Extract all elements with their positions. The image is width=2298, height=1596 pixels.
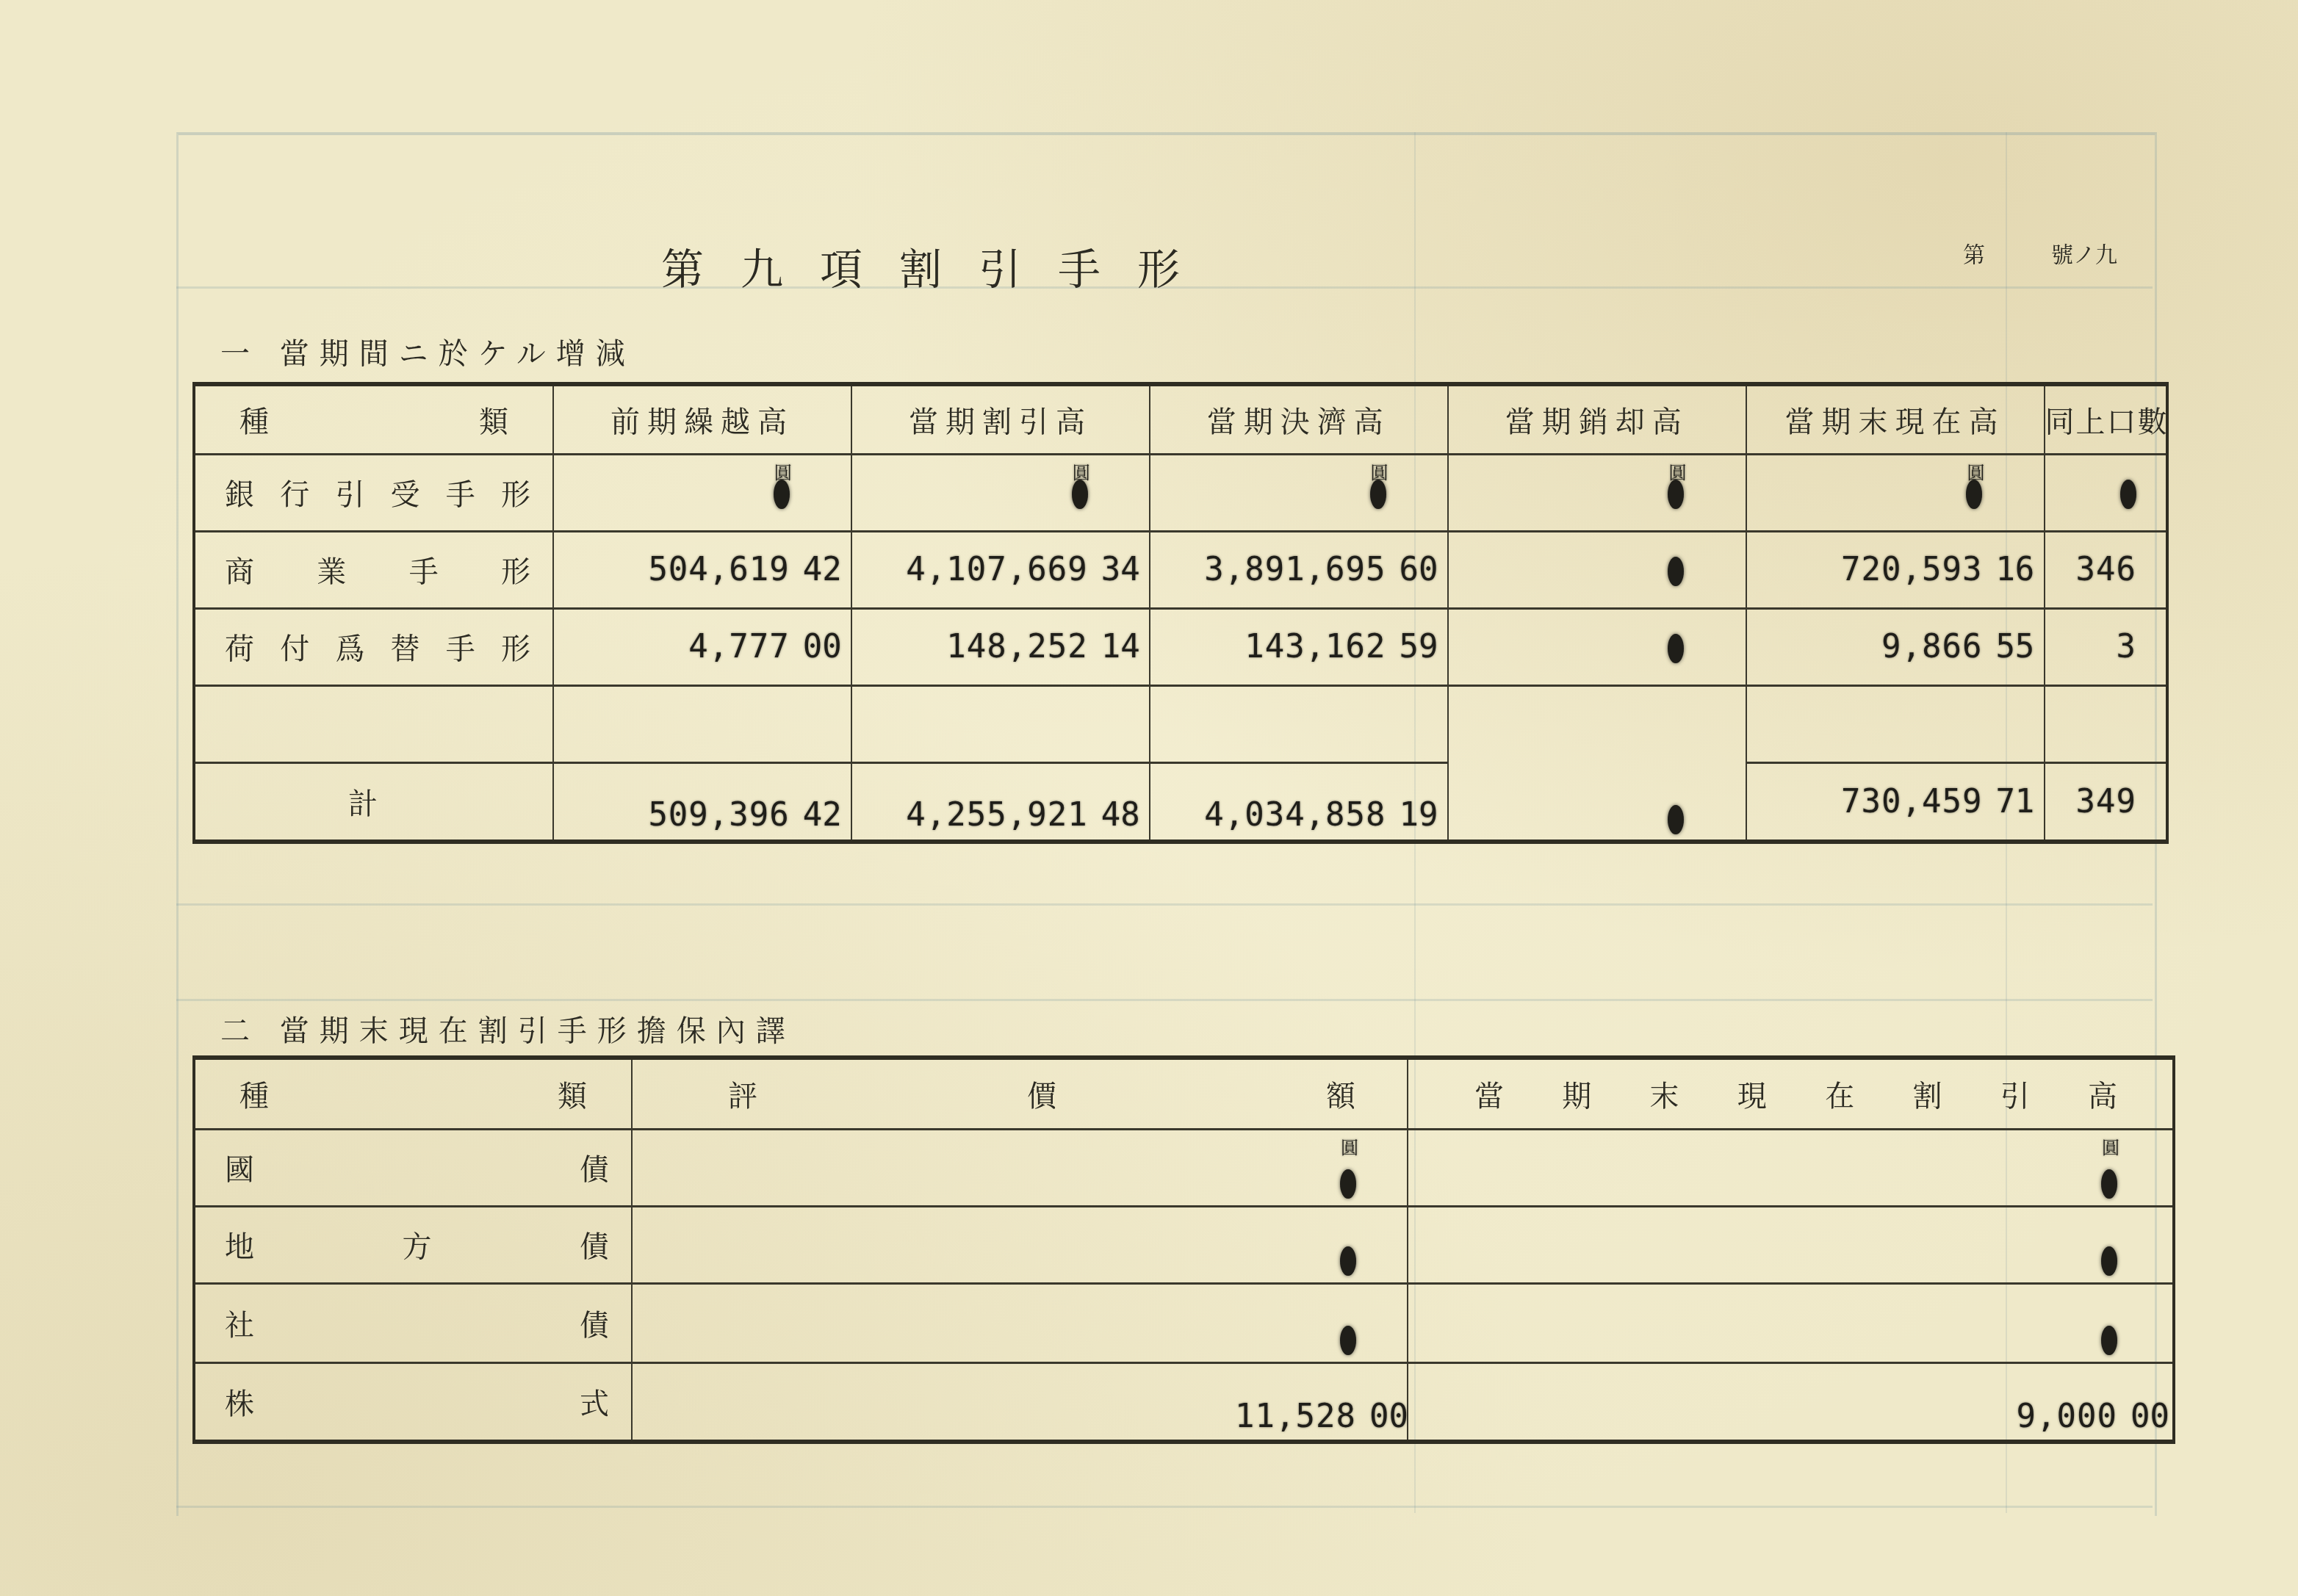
table-header-row: 種類 評價額 當期末現在割引高 xyxy=(194,1058,2174,1129)
total-writeoff-yen xyxy=(1448,762,1695,842)
table-header-row: 種類 前期繰越高 當期割引高 當期決濟高 當期銷却高 當期末現在高 同上口數 xyxy=(194,384,2167,454)
col-header-current-writeoff: 當期銷却高 xyxy=(1448,384,1746,454)
table-row: 國債 圓 圓 xyxy=(194,1129,2174,1206)
zero-mark xyxy=(1340,1169,1356,1199)
page-title: 第九項割引手形 xyxy=(661,235,1217,297)
prev-sen xyxy=(800,685,851,762)
end-yen: 圓 xyxy=(1746,454,1993,531)
col-header-count: 同上口數 xyxy=(2045,384,2167,454)
label-char: 引 xyxy=(2000,1073,2037,1115)
label-char: 國 xyxy=(225,1147,254,1188)
label-char: 當 xyxy=(1474,1073,1511,1115)
label-char: 評 xyxy=(728,1073,765,1115)
zero-mark xyxy=(2120,480,2136,509)
label-char: 現 xyxy=(1737,1073,1774,1115)
label-char: 株 xyxy=(225,1381,254,1423)
disc-sen xyxy=(2128,1129,2174,1206)
label-char: 高 xyxy=(2088,1073,2125,1115)
label-char: 割 xyxy=(1912,1073,1949,1115)
prev-yen: 504,619 xyxy=(553,531,800,608)
table-row-blank xyxy=(194,685,2167,762)
col-header-period-end-discount: 當期末現在割引高 xyxy=(1408,1058,2174,1129)
section2-heading: 二 當期末現在割引手形擔保內譯 xyxy=(220,1008,796,1050)
prev-yen: 圓 xyxy=(553,454,800,531)
label-char: 手 xyxy=(446,472,475,513)
col-header-kind: 種類 xyxy=(194,1058,632,1129)
disc-yen xyxy=(1408,1283,2128,1362)
total-end-yen: 730,459 xyxy=(1746,762,1993,842)
label-char: 形 xyxy=(501,626,530,668)
total-writeoff-sen xyxy=(1694,762,1746,842)
total-disc-sen: 48 xyxy=(1098,762,1150,842)
row-kind: 國債 xyxy=(194,1129,632,1206)
value-sen xyxy=(1366,1206,1408,1283)
label-char: 末 xyxy=(1650,1073,1687,1115)
zero-mark xyxy=(2101,1169,2117,1199)
label-char: 地 xyxy=(225,1224,254,1265)
show-through-line xyxy=(176,903,2153,906)
value-yen: 11,528 xyxy=(632,1362,1366,1442)
table-row: 商業手形 504,619 42 4,107,669 34 3,891,695 6… xyxy=(194,531,2167,608)
settle-sen xyxy=(1397,454,1448,531)
form-number-suffix: 號ノ九 xyxy=(2051,242,2117,268)
value-yen: 圓 xyxy=(632,1129,1366,1206)
zero-mark xyxy=(1668,557,1684,586)
show-through-line xyxy=(176,999,2153,1001)
disc-sen xyxy=(2128,1206,2174,1283)
row-kind: 商業手形 xyxy=(194,531,553,608)
label-char: 債 xyxy=(580,1302,609,1344)
col-header-valuation: 評價額 xyxy=(632,1058,1408,1129)
end-yen xyxy=(1746,685,1993,762)
disc-yen xyxy=(851,685,1098,762)
label-char: 形 xyxy=(501,549,530,591)
label-char: 式 xyxy=(580,1381,609,1423)
prev-sen: 42 xyxy=(800,531,851,608)
total-label: 計 xyxy=(194,762,553,842)
label-char: 受 xyxy=(391,472,420,513)
total-count: 349 xyxy=(2045,762,2167,842)
writeoff-sen xyxy=(1694,454,1746,531)
disc-sen xyxy=(2128,1283,2174,1362)
row-kind: 社債 xyxy=(194,1283,632,1362)
table-row: 地方債 xyxy=(194,1206,2174,1283)
zero-mark xyxy=(1370,480,1386,509)
label-char: 社 xyxy=(225,1302,254,1344)
table-row: 社債 xyxy=(194,1283,2174,1362)
show-through-line xyxy=(176,1506,2153,1508)
label-char: 方 xyxy=(403,1224,432,1265)
zero-mark xyxy=(1668,634,1684,663)
row-kind: 地方債 xyxy=(194,1206,632,1283)
row-kind: 銀行引受手形 xyxy=(194,454,553,531)
count xyxy=(2045,454,2167,531)
col-header-period-end-balance: 當期末現在高 xyxy=(1746,384,2045,454)
settle-sen xyxy=(1397,685,1448,762)
label-char: 荷 xyxy=(225,626,254,668)
label-char: 行 xyxy=(280,472,309,513)
total-end-sen: 71 xyxy=(1992,762,2044,842)
writeoff-sen xyxy=(1694,608,1746,685)
value-yen xyxy=(632,1206,1366,1283)
total-settle-yen: 4,034,858 xyxy=(1150,762,1397,842)
writeoff-yen: 圓 xyxy=(1448,454,1695,531)
col-header-current-settlement: 當期決濟高 xyxy=(1150,384,1448,454)
prev-yen xyxy=(553,685,800,762)
prev-sen xyxy=(800,454,851,531)
value-sen xyxy=(1366,1283,1408,1362)
writeoff-yen xyxy=(1448,531,1695,608)
col-header-previous-carryover: 前期繰越高 xyxy=(553,384,851,454)
collateral-breakdown-table: 種類 評價額 當期末現在割引高 國債 圓 圓 地方債 社債 株式 11,528 … xyxy=(192,1055,2175,1444)
label-char: 債 xyxy=(580,1147,609,1188)
label-char: 手 xyxy=(409,549,439,591)
section1-heading: 一 當期間ニ於ケル增減 xyxy=(220,331,635,372)
zero-mark xyxy=(774,480,790,509)
label-char: 期 xyxy=(1562,1073,1599,1115)
disc-yen: 圓 xyxy=(1408,1129,2128,1206)
table-row: 株式 11,528 00 9,000 00 xyxy=(194,1362,2174,1442)
col-header-kind-2: 類 xyxy=(558,1073,594,1115)
form-number: 第號ノ九 xyxy=(1963,236,2117,269)
disc-sen xyxy=(1098,685,1150,762)
writeoff-yen xyxy=(1448,608,1695,685)
end-sen xyxy=(1992,454,2044,531)
prev-sen: 00 xyxy=(800,608,851,685)
settle-yen: 3,891,695 xyxy=(1150,531,1397,608)
form-number-prefix: 第 xyxy=(1963,242,1985,268)
row-kind: 荷付爲替手形 xyxy=(194,608,553,685)
label-char: 手 xyxy=(446,626,475,668)
label-char: 形 xyxy=(501,472,530,513)
label-char: 引 xyxy=(335,472,364,513)
value-yen xyxy=(632,1283,1366,1362)
disc-yen: 圓 xyxy=(851,454,1098,531)
disc-yen: 148,252 xyxy=(851,608,1098,685)
col-header-kind-2: 類 xyxy=(479,399,516,441)
settle-yen: 143,162 xyxy=(1150,608,1397,685)
label-char: 商 xyxy=(225,549,254,591)
end-sen: 16 xyxy=(1992,531,2044,608)
table-row: 荷付爲替手形 4,777 00 148,252 14 143,162 59 9,… xyxy=(194,608,2167,685)
disc-sen: 00 xyxy=(2128,1362,2174,1442)
label-char: 爲 xyxy=(335,626,364,668)
end-yen: 9,866 xyxy=(1746,608,1993,685)
end-sen xyxy=(1992,685,2044,762)
label-char: 業 xyxy=(317,549,346,591)
disc-sen: 34 xyxy=(1098,531,1150,608)
label-char: 價 xyxy=(1027,1073,1064,1115)
row-kind: 株式 xyxy=(194,1362,632,1442)
disc-yen xyxy=(1408,1206,2128,1283)
zero-mark xyxy=(1966,480,1982,509)
label-char: 付 xyxy=(280,626,309,668)
settle-yen: 圓 xyxy=(1150,454,1397,531)
count: 3 xyxy=(2045,608,2167,685)
count xyxy=(2045,685,2167,762)
col-header-kind: 種類 xyxy=(194,384,553,454)
end-yen: 720,593 xyxy=(1746,531,1993,608)
col-header-kind-1: 種 xyxy=(239,399,276,441)
zero-mark xyxy=(1340,1326,1356,1355)
settle-sen: 59 xyxy=(1397,608,1448,685)
table-total-row: 計 509,396 42 4,255,921 48 4,034,858 19 7… xyxy=(194,762,2167,842)
end-sen: 55 xyxy=(1992,608,2044,685)
zero-mark xyxy=(2101,1246,2117,1276)
total-prev-sen: 42 xyxy=(800,762,851,842)
total-disc-yen: 4,255,921 xyxy=(851,762,1098,842)
writeoff-yen xyxy=(1448,685,1695,762)
label-char: 額 xyxy=(1326,1073,1363,1115)
col-header-valuation-text: 評價額 xyxy=(633,1073,1407,1115)
zero-mark xyxy=(1340,1246,1356,1276)
zero-mark xyxy=(2101,1326,2117,1355)
disc-sen: 14 xyxy=(1098,608,1150,685)
label-char: 替 xyxy=(391,626,420,668)
value-sen: 00 xyxy=(1366,1362,1408,1442)
prev-yen: 4,777 xyxy=(553,608,800,685)
label-char: 銀 xyxy=(225,472,254,513)
disc-sen xyxy=(1098,454,1150,531)
value-sen xyxy=(1366,1129,1408,1206)
total-prev-yen: 509,396 xyxy=(553,762,800,842)
label-char: 在 xyxy=(1825,1073,1862,1115)
count: 346 xyxy=(2045,531,2167,608)
col-header-period-end-discount-text: 當期末現在割引高 xyxy=(1408,1073,2172,1115)
col-header-kind-1: 種 xyxy=(239,1073,276,1115)
zero-mark xyxy=(1072,480,1088,509)
table-row: 銀行引受手形 圓 圓 圓 圓 圓 xyxy=(194,454,2167,531)
writeoff-sen xyxy=(1694,531,1746,608)
disc-yen: 9,000 xyxy=(1408,1362,2128,1442)
discount-bills-change-table: 種類 前期繰越高 當期割引高 當期決濟高 當期銷却高 當期末現在高 同上口數 銀… xyxy=(192,382,2169,844)
settle-sen: 60 xyxy=(1397,531,1448,608)
label-char: 債 xyxy=(580,1224,609,1265)
col-header-current-discount: 當期割引高 xyxy=(851,384,1150,454)
writeoff-sen xyxy=(1694,685,1746,762)
disc-yen: 4,107,669 xyxy=(851,531,1098,608)
total-settle-sen: 19 xyxy=(1397,762,1448,842)
settle-yen xyxy=(1150,685,1397,762)
row-kind xyxy=(194,685,553,762)
zero-mark xyxy=(1668,480,1684,509)
zero-mark xyxy=(1668,805,1684,834)
